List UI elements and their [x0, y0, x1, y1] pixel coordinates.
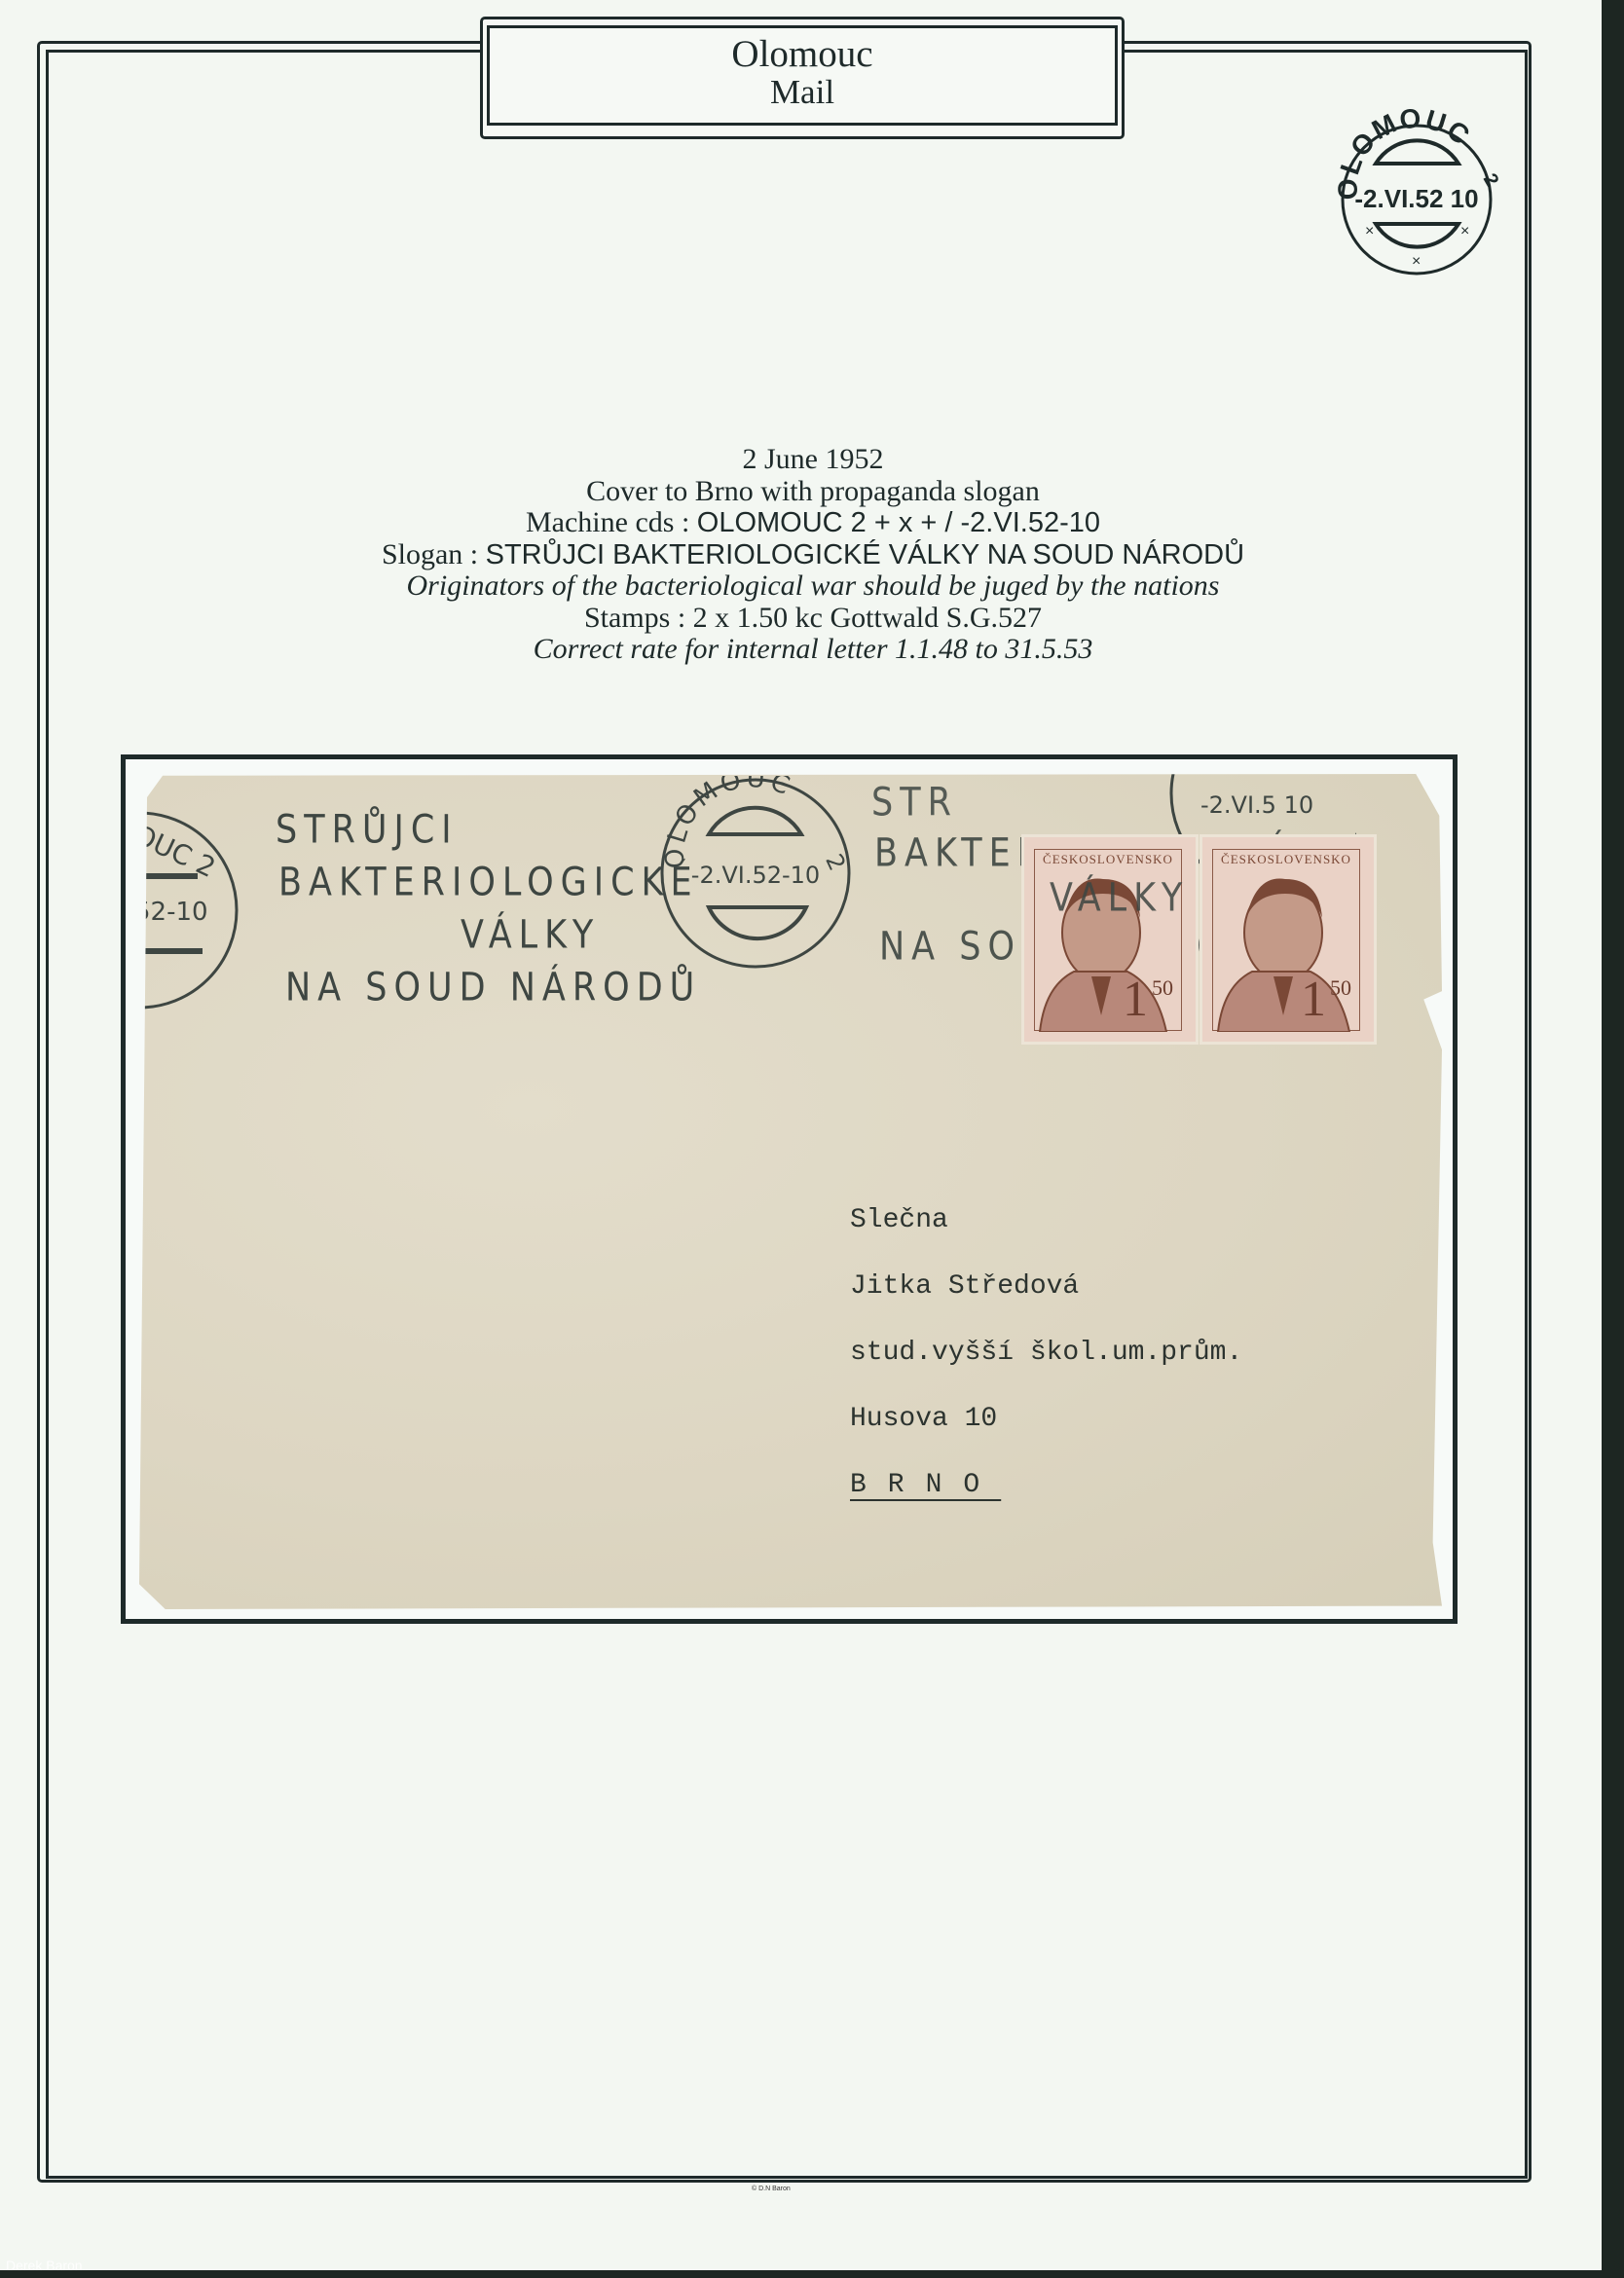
slogan-line-3: VÁLKY: [461, 908, 600, 962]
cancel-date: -2.VI.52-10: [691, 862, 820, 889]
slogan-value: STRŮJCI BAKTERIOLOGICKÉ VÁLKY NA SOUD NÁ…: [486, 539, 1244, 570]
slogan-repeat-line-3: VÁLKY: [1050, 871, 1189, 925]
stamp-value-sub: 50: [1330, 975, 1351, 1001]
address-salutation: Slečna: [850, 1188, 1242, 1254]
scan-border-bottom: [0, 2270, 1624, 2278]
title-box-inner: Olomouc Mail: [487, 25, 1118, 126]
portrait-icon: [1213, 850, 1361, 1032]
slogan-repeat-line-1: STR: [871, 776, 958, 829]
svg-text:×: ×: [1365, 223, 1374, 239]
scan-border-right: [1602, 0, 1624, 2278]
stamp-gottwald-2: ČESKOSLOVENSKO 1 50: [1202, 837, 1374, 1042]
machine-cds-label: Machine cds :: [526, 506, 697, 538]
page-subtitle: Mail: [490, 76, 1115, 109]
cover-description: 2 June 1952 Cover to Brno with propagand…: [156, 444, 1470, 666]
partial-cancel-right-date: -2.VI.5 10: [1200, 791, 1313, 819]
svg-text:×: ×: [1412, 253, 1421, 270]
address-name: Jitka Středová: [850, 1254, 1242, 1320]
stamp-gottwald-1: ČESKOSLOVENSKO 1 50: [1024, 837, 1196, 1042]
postmark-illustration: OLOMOUC 2 -2.VI.52 10 × × ×: [1319, 107, 1524, 287]
stamps-info: Stamps : 2 x 1.50 kc Gottwald S.G.527: [156, 603, 1470, 635]
slogan-translation: Originators of the bacteriological war s…: [156, 570, 1470, 603]
slogan-line-2: BAKTERIOLOGICKÉ: [278, 856, 699, 909]
address-street: Husova 10: [850, 1386, 1242, 1452]
machine-cds-line: Machine cds : OLOMOUC 2 + x + / -2.VI.52…: [156, 507, 1470, 539]
cancel-number: 2: [820, 850, 851, 875]
address-institution: stud.vyšší škol.um.prům.: [850, 1320, 1242, 1386]
slogan-line: Slogan : STRŮJCI BAKTERIOLOGICKÉ VÁLKY N…: [156, 539, 1470, 571]
watermark: Derek Baron: [6, 2258, 83, 2273]
stamp-value-main: 1: [1123, 971, 1148, 1028]
recipient-address: Slečna Jitka Středová stud.vyšší škol.um…: [850, 1188, 1242, 1519]
cover-summary: Cover to Brno with propaganda slogan: [156, 476, 1470, 508]
svg-text:×: ×: [1460, 223, 1469, 239]
postmark-date: -2.VI.52 10: [1354, 184, 1478, 213]
rate-note: Correct rate for internal letter 1.1.48 …: [156, 634, 1470, 666]
slogan-line-4: NA SOUD NÁRODŮ: [285, 961, 701, 1014]
machine-cancel: OLOMOUC 2 -2.VI.52-10: [655, 776, 860, 971]
slogan-label: Slogan :: [382, 538, 486, 570]
slogan-line-1: STRŮJCI: [276, 803, 459, 857]
address-city: BRNO: [850, 1452, 1242, 1519]
copyright-notice: © D.N Baron: [752, 2186, 791, 2192]
machine-cds-value: OLOMOUC 2 + x + / -2.VI.52-10: [697, 507, 1100, 538]
stamp-value-main: 1: [1301, 971, 1326, 1028]
svg-text:OLOMOUC: OLOMOUC: [661, 776, 797, 868]
cover-date: 2 June 1952: [156, 444, 1470, 476]
cancel-town: OLOMOUC: [661, 776, 797, 868]
stamp-value-sub: 50: [1152, 975, 1173, 1001]
envelope: 52-10 OUC 2 STRŮJCI BAKTERIOLOGICKÉ VÁLK…: [139, 774, 1442, 1609]
page-title: Olomouc: [490, 33, 1115, 76]
